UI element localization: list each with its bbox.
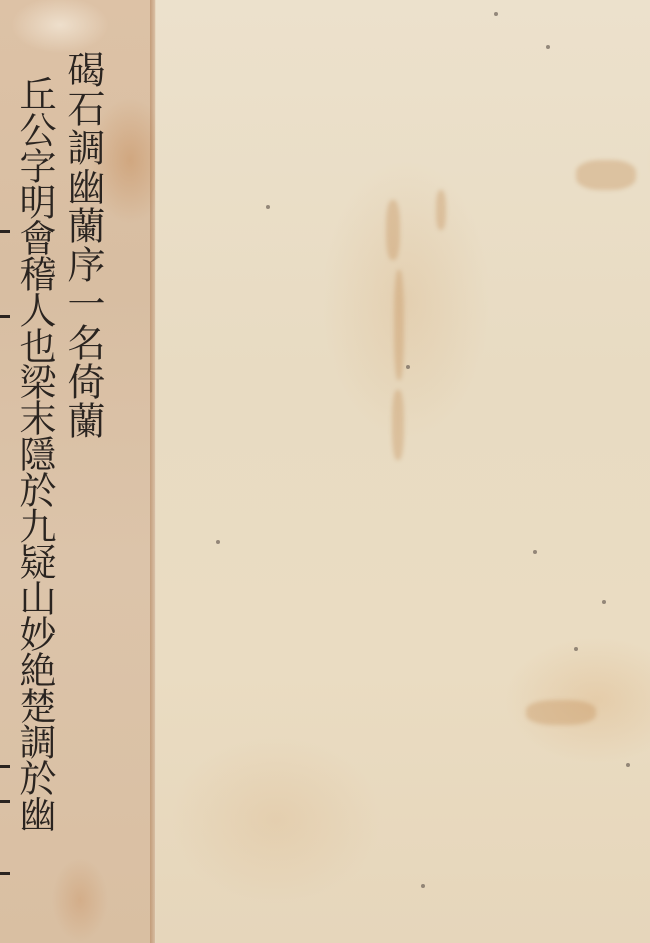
speck (406, 365, 410, 369)
water-stain (394, 270, 404, 380)
speck (494, 12, 498, 16)
water-stain (436, 190, 446, 230)
ink-fragment (0, 872, 10, 875)
speck (421, 884, 425, 888)
speck (574, 647, 578, 651)
blank-paper-sheet (156, 0, 650, 943)
text-column-title: 碣石調幽蘭序一名倚蘭 (64, 50, 102, 440)
water-stain (526, 700, 596, 725)
water-stain (576, 160, 636, 190)
text-strip: 碣石調幽蘭序一名倚蘭 丘公字明會稽人也梁末隱於九疑山妙絶楚調於幽 (0, 0, 155, 943)
water-stain (392, 390, 404, 460)
speck (216, 540, 220, 544)
water-stain (386, 200, 400, 260)
speck (266, 205, 270, 209)
ink-fragment (0, 315, 10, 318)
manuscript-scroll: 碣石調幽蘭序一名倚蘭 丘公字明會稽人也梁末隱於九疑山妙絶楚調於幽 (0, 0, 650, 943)
speck (602, 600, 606, 604)
ink-fragment (0, 765, 10, 768)
speck (546, 45, 550, 49)
text-column-body: 丘公字明會稽人也梁末隱於九疑山妙絶楚調於幽 (16, 75, 53, 831)
speck (533, 550, 537, 554)
speck (626, 763, 630, 767)
ink-fragment (0, 800, 10, 803)
ink-fragment (0, 230, 10, 233)
